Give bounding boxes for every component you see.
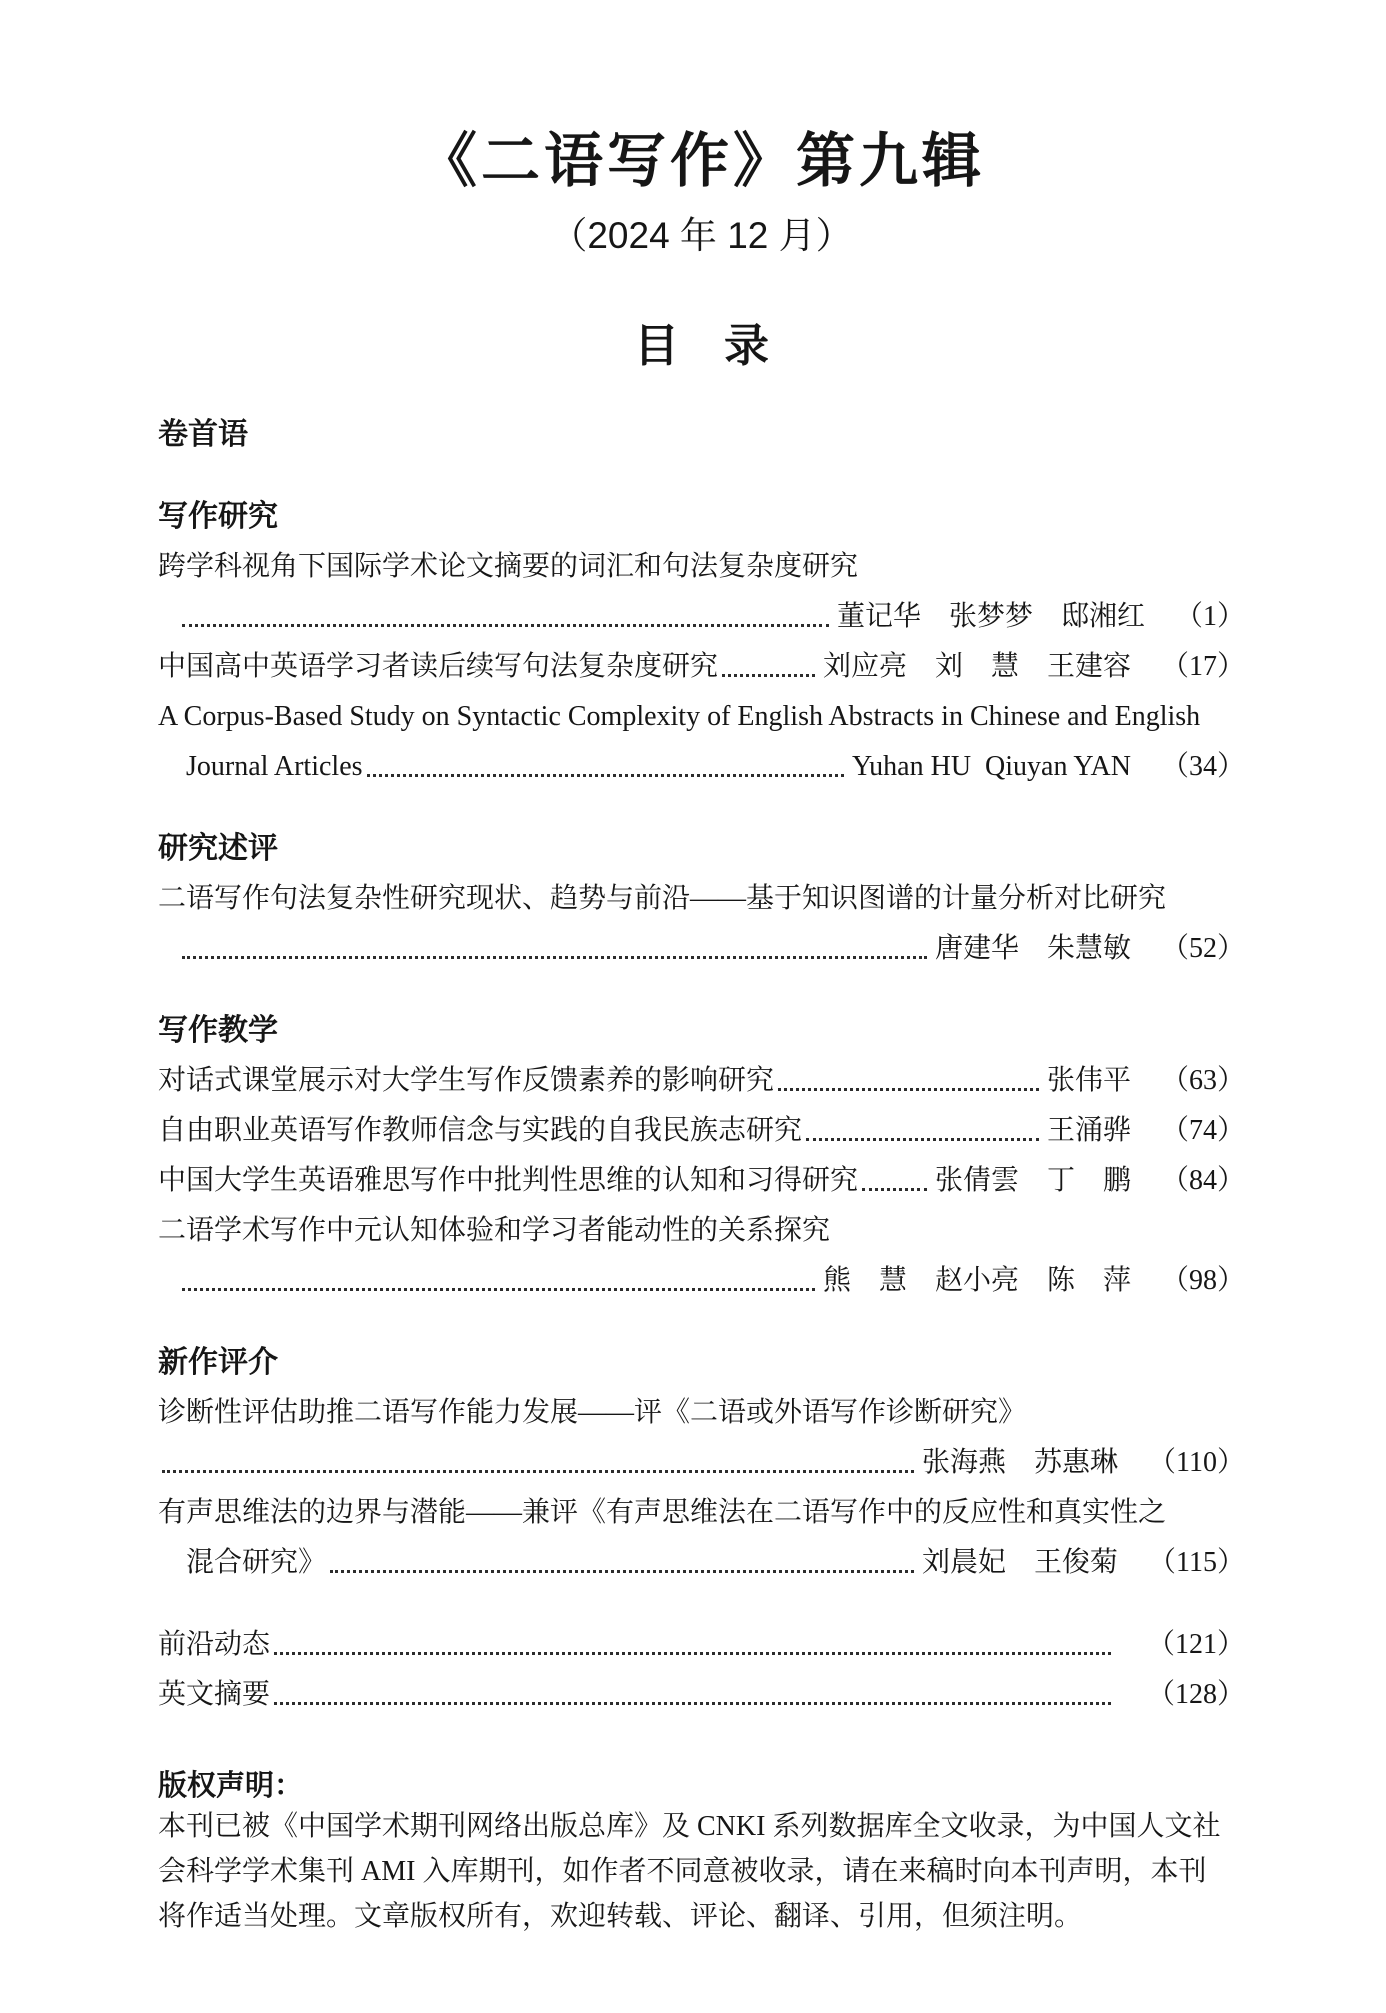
- entry-page-number: （63）: [1161, 1064, 1245, 1098]
- toc-entry-row: 前沿动态 （121）: [158, 1628, 1245, 1662]
- toc-entry-row: 跨学科视角下国际学术论文摘要的词汇和句法复杂度研究: [158, 550, 1245, 584]
- entry-page-number: （128）: [1147, 1678, 1245, 1712]
- journal-title: 《二语写作》第九辑: [158, 130, 1245, 192]
- entry-authors: 张海燕 苏惠琳: [922, 1446, 1118, 1480]
- leader-dots: [182, 624, 829, 627]
- entry-authors: 张伟平: [1047, 1064, 1131, 1098]
- entry-authors: 唐建华 朱慧敏: [935, 932, 1131, 966]
- toc-entry-row: 唐建华 朱慧敏 （52）: [158, 932, 1245, 966]
- entry-title: 二语写作句法复杂性研究现状、趋势与前沿——基于知识图谱的计量分析对比研究: [158, 882, 1166, 916]
- toc-title: 目 录: [158, 322, 1245, 370]
- section-research-review: 研究述评 二语写作句法复杂性研究现状、趋势与前沿——基于知识图谱的计量分析对比研…: [158, 832, 1245, 966]
- toc-entry-row: 诊断性评估助推二语写作能力发展——评《二语或外语写作诊断研究》: [158, 1396, 1245, 1430]
- entry-title: 对话式课堂展示对大学生写作反馈素养的影响研究: [158, 1064, 774, 1098]
- leader-dots: [274, 1702, 1111, 1705]
- entry-authors: 刘应亮 刘 慧 王建容: [823, 650, 1131, 684]
- leader-dots: [182, 1288, 815, 1291]
- toc-entry-row: 混合研究》 刘晨妃 王俊菊 （115）: [158, 1546, 1245, 1580]
- copyright-heading: 版权声明：: [158, 1768, 1245, 1804]
- leader-dots: [862, 1188, 927, 1191]
- section-heading: 新作评介: [158, 1346, 1245, 1380]
- leader-dots: [806, 1138, 1039, 1141]
- entry-page-number: （17）: [1161, 650, 1245, 684]
- toc-entry-row: A Corpus-Based Study on Syntactic Comple…: [158, 700, 1245, 734]
- copyright-text-line: 将作适当处理。文章版权所有，欢迎转载、评论、翻译、引用，但须注明。: [158, 1894, 1245, 1939]
- entry-title: 有声思维法的边界与潜能——兼评《有声思维法在二语写作中的反应性和真实性之: [158, 1496, 1166, 1530]
- journal-issue-date: （2024 年 12 月）: [158, 216, 1245, 256]
- entry-page-number: （115）: [1148, 1546, 1245, 1580]
- leader-dots: [330, 1570, 914, 1573]
- entry-page-number: （34）: [1161, 750, 1245, 784]
- entry-page-number: （121）: [1147, 1628, 1245, 1662]
- toc-entry-row: 二语写作句法复杂性研究现状、趋势与前沿——基于知识图谱的计量分析对比研究: [158, 882, 1245, 916]
- toc-entry-row: Journal Articles Yuhan HU Qiuyan YAN （34…: [158, 750, 1245, 784]
- entry-title: 二语学术写作中元认知体验和学习者能动性的关系探究: [158, 1214, 830, 1248]
- entry-authors: 熊 慧 赵小亮 陈 萍: [823, 1264, 1131, 1298]
- section-foreword: 卷首语: [158, 418, 1245, 452]
- toc-entry-row: 英文摘要 （128）: [158, 1678, 1245, 1712]
- entry-authors: 张倩雲 丁 鹏: [935, 1164, 1131, 1198]
- copyright-notice: 版权声明： 本刊已被《中国学术期刊网络出版总库》及 CNKI 系列数据库全文收录…: [158, 1768, 1245, 1939]
- leader-dots: [274, 1652, 1111, 1655]
- section-heading: 写作教学: [158, 1014, 1245, 1048]
- section-writing-teaching: 写作教学 对话式课堂展示对大学生写作反馈素养的影响研究 张伟平 （63） 自由职…: [158, 1014, 1245, 1298]
- entry-title: A Corpus-Based Study on Syntactic Comple…: [158, 700, 1200, 734]
- entry-page-number: （110）: [1148, 1446, 1245, 1480]
- toc-entry-row: 二语学术写作中元认知体验和学习者能动性的关系探究: [158, 1214, 1245, 1248]
- entry-title: 英文摘要: [158, 1678, 270, 1712]
- entry-title: 前沿动态: [158, 1628, 270, 1662]
- toc-entry-row: 熊 慧 赵小亮 陈 萍 （98）: [158, 1264, 1245, 1298]
- leader-dots: [367, 774, 845, 777]
- entry-page-number: （84）: [1161, 1164, 1245, 1198]
- entry-title: 跨学科视角下国际学术论文摘要的词汇和句法复杂度研究: [158, 550, 858, 584]
- leader-dots: [162, 1470, 914, 1473]
- leader-dots: [778, 1088, 1039, 1091]
- entry-page-number: （74）: [1161, 1114, 1245, 1148]
- entry-authors: Yuhan HU Qiuyan YAN: [852, 750, 1131, 784]
- copyright-text-line: 本刊已被《中国学术期刊网络出版总库》及 CNKI 系列数据库全文收录，为中国人文…: [158, 1804, 1245, 1849]
- entry-authors: 王涌骅: [1047, 1114, 1131, 1148]
- entry-title: 自由职业英语写作教师信念与实践的自我民族志研究: [158, 1114, 802, 1148]
- entry-authors: 董记华 张梦梦 邸湘红: [837, 600, 1145, 634]
- section-new-work-reviews: 新作评介 诊断性评估助推二语写作能力发展——评《二语或外语写作诊断研究》 张海燕…: [158, 1346, 1245, 1580]
- entry-title: Journal Articles: [186, 750, 363, 784]
- toc-entry-row: 张海燕 苏惠琳 （110）: [158, 1446, 1245, 1480]
- leader-dots: [182, 956, 927, 959]
- section-heading: 研究述评: [158, 832, 1245, 866]
- toc-entry-row: 对话式课堂展示对大学生写作反馈素养的影响研究 张伟平 （63）: [158, 1064, 1245, 1098]
- toc-page: 《二语写作》第九辑 （2024 年 12 月） 目 录 卷首语 写作研究 跨学科…: [0, 0, 1386, 2013]
- entry-title: 中国大学生英语雅思写作中批判性思维的认知和习得研究: [158, 1164, 858, 1198]
- entry-title: 混合研究》: [186, 1546, 326, 1580]
- toc-entry-row: 中国高中英语学习者读后续写句法复杂度研究 刘应亮 刘 慧 王建容 （17）: [158, 650, 1245, 684]
- entry-title: 诊断性评估助推二语写作能力发展——评《二语或外语写作诊断研究》: [158, 1396, 1026, 1430]
- section-heading: 写作研究: [158, 500, 1245, 534]
- toc-entry-row: 董记华 张梦梦 邸湘红 （1）: [158, 600, 1245, 634]
- section-writing-research: 写作研究 跨学科视角下国际学术论文摘要的词汇和句法复杂度研究 董记华 张梦梦 邸…: [158, 500, 1245, 784]
- toc-entry-row: 自由职业英语写作教师信念与实践的自我民族志研究 王涌骅 （74）: [158, 1114, 1245, 1148]
- leader-dots: [722, 674, 815, 677]
- entry-authors: 刘晨妃 王俊菊: [922, 1546, 1118, 1580]
- toc-entry-row: 有声思维法的边界与潜能——兼评《有声思维法在二语写作中的反应性和真实性之: [158, 1496, 1245, 1530]
- entry-page-number: （52）: [1161, 932, 1245, 966]
- copyright-text-line: 会科学学术集刊 AMI 入库期刊，如作者不同意被收录，请在来稿时向本刊声明，本刊: [158, 1849, 1245, 1894]
- entry-title: 中国高中英语学习者读后续写句法复杂度研究: [158, 650, 718, 684]
- entry-page-number: （1）: [1175, 600, 1245, 634]
- toc-entry-row: 中国大学生英语雅思写作中批判性思维的认知和习得研究 张倩雲 丁 鹏 （84）: [158, 1164, 1245, 1198]
- entry-page-number: （98）: [1161, 1264, 1245, 1298]
- section-heading: 卷首语: [158, 418, 1245, 452]
- section-back-matter: 前沿动态 （121） 英文摘要 （128）: [158, 1628, 1245, 1712]
